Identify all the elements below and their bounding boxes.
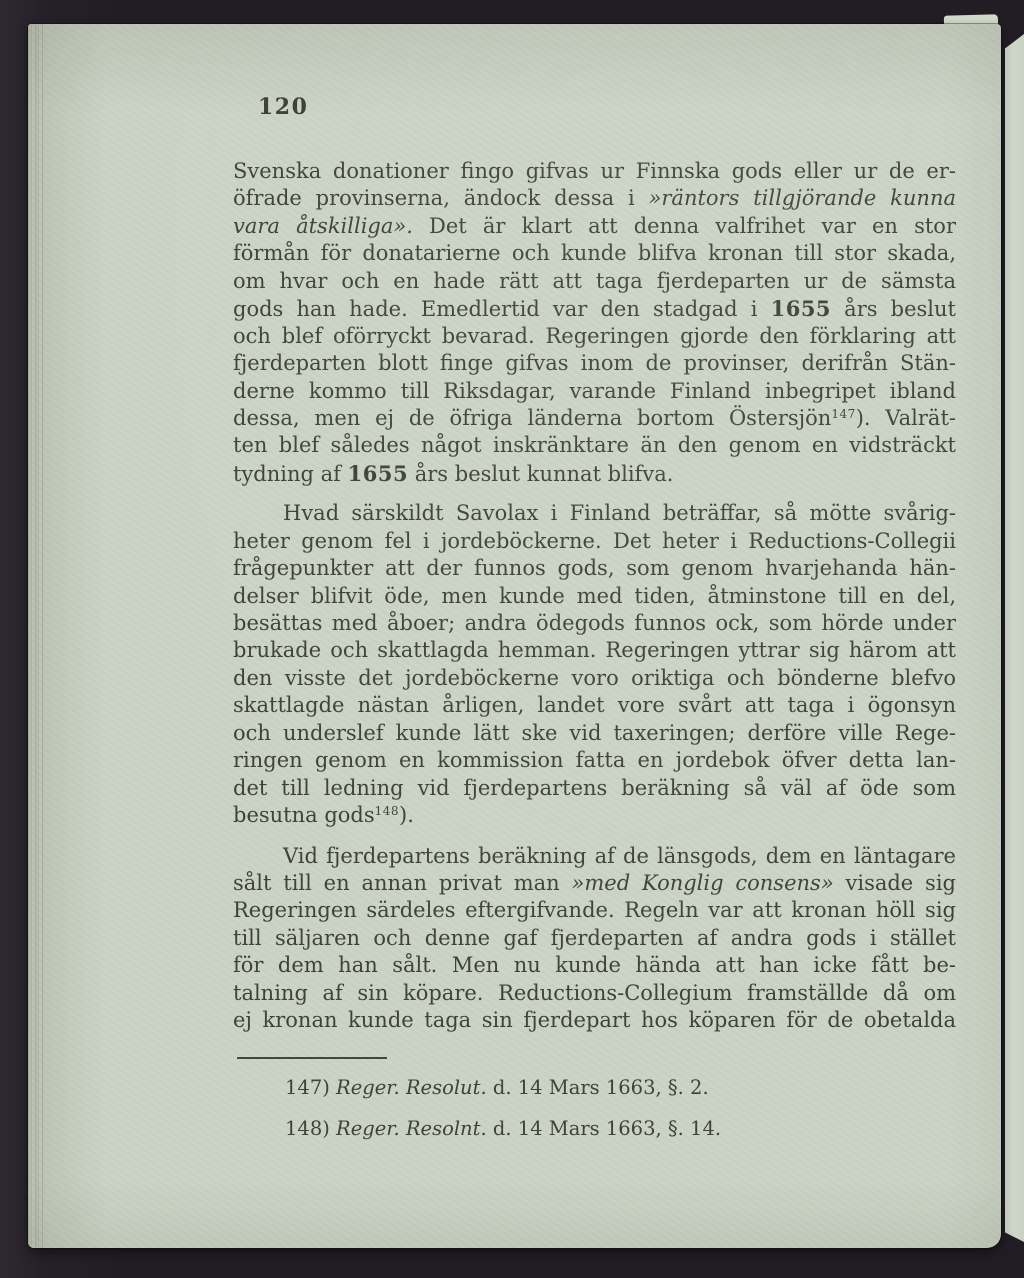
text-line: talning af sin köpare. Reductions-Colleg… xyxy=(233,980,956,1007)
text-line: frågepunkter att der funnos gods, som ge… xyxy=(233,555,956,582)
text-line: besutna gods148). xyxy=(233,802,956,829)
paragraph: Svenska donationer fingo gifvas ur Finns… xyxy=(233,158,956,487)
text-line: tydning af 1655 års beslut kunnat blifva… xyxy=(233,460,956,487)
page-number: 120 xyxy=(258,94,308,120)
text-line: Hvad särskildt Savolax i Finland beträff… xyxy=(233,500,956,527)
book-page: 120 Svenska donationer fingo gifvas ur F… xyxy=(28,24,1001,1248)
text-line: fjerdeparten blott finge gifvas inom de … xyxy=(233,350,956,377)
text-line: brukade och skattlagda hemman. Regeringe… xyxy=(233,637,956,664)
text-line: till säljaren och denne gaf fjerdeparten… xyxy=(233,925,956,952)
footnote: 147) Reger. Resolut. d. 14 Mars 1663, §.… xyxy=(285,1074,956,1101)
text-line: om hvar och en hade rätt att taga fjerde… xyxy=(233,268,956,295)
next-page-edge xyxy=(1005,34,1024,1242)
text-line: ringen genom en kommission fatta en jord… xyxy=(233,747,956,774)
text-line: Vid fjerdepartens beräkning af de länsgo… xyxy=(233,843,956,870)
text-line: öfrade provinserna, ändock dessa i »ränt… xyxy=(233,185,956,212)
text-line: Regeringen särdeles eftergifvande. Regel… xyxy=(233,897,956,924)
paragraph: Hvad särskildt Savolax i Finland beträff… xyxy=(233,500,956,829)
text-line: heter genom fel i jordeböckerne. Det het… xyxy=(233,528,956,555)
text-line: dessa, men ej de öfriga länderna bortom … xyxy=(233,405,956,432)
background: { "colors": { "paper": "#cbd4c6", "backg… xyxy=(0,0,1024,1278)
text-line: för dem han sålt. Men nu kunde hända att… xyxy=(233,952,956,979)
footnote-rule xyxy=(237,1057,387,1059)
text-line: den visste det jordeböckerne voro orikti… xyxy=(233,665,956,692)
text-line: och underslef kunde lätt ske vid taxerin… xyxy=(233,720,956,747)
text-line: gods han hade. Emedlertid var den stadga… xyxy=(233,295,956,322)
footnotes-section: 147) Reger. Resolut. d. 14 Mars 1663, §.… xyxy=(233,1074,956,1142)
footnote: 148) Reger. Resolnt. d. 14 Mars 1663, §.… xyxy=(285,1115,956,1142)
text-line: Svenska donationer fingo gifvas ur Finns… xyxy=(233,158,956,185)
paragraph: Vid fjerdepartens beräkning af de länsgo… xyxy=(233,843,956,1035)
text-line: och blef oförryckt bevarad. Regeringen g… xyxy=(233,323,956,350)
text-line: besättas med åboer; andra ödegods funnos… xyxy=(233,610,956,637)
text-line: skattlagde nästan årligen, landet vore s… xyxy=(233,692,956,719)
page-edge-left xyxy=(28,24,43,1248)
text-line: sålt till en annan privat man »med Kongl… xyxy=(233,870,956,897)
text-line: ten blef således något inskränktare än d… xyxy=(233,432,956,459)
text-line: delser blifvit öde, men kunde med tiden,… xyxy=(233,583,956,610)
text-line: förmån för donatarierne och kunde blifva… xyxy=(233,240,956,267)
footnote-area: 147) Reger. Resolut. d. 14 Mars 1663, §.… xyxy=(233,1035,956,1156)
text-line: vara åtskilliga». Det är klart att denna… xyxy=(233,213,956,240)
text-line: det till ledning vid fjerdepartens beräk… xyxy=(233,775,956,802)
body-text: Svenska donationer fingo gifvas ur Finns… xyxy=(233,158,956,1035)
text-line: derne kommo till Riksdagar, varande Finl… xyxy=(233,378,956,405)
text-line: ej kronan kunde taga sin fjerdepart hos … xyxy=(233,1007,956,1034)
